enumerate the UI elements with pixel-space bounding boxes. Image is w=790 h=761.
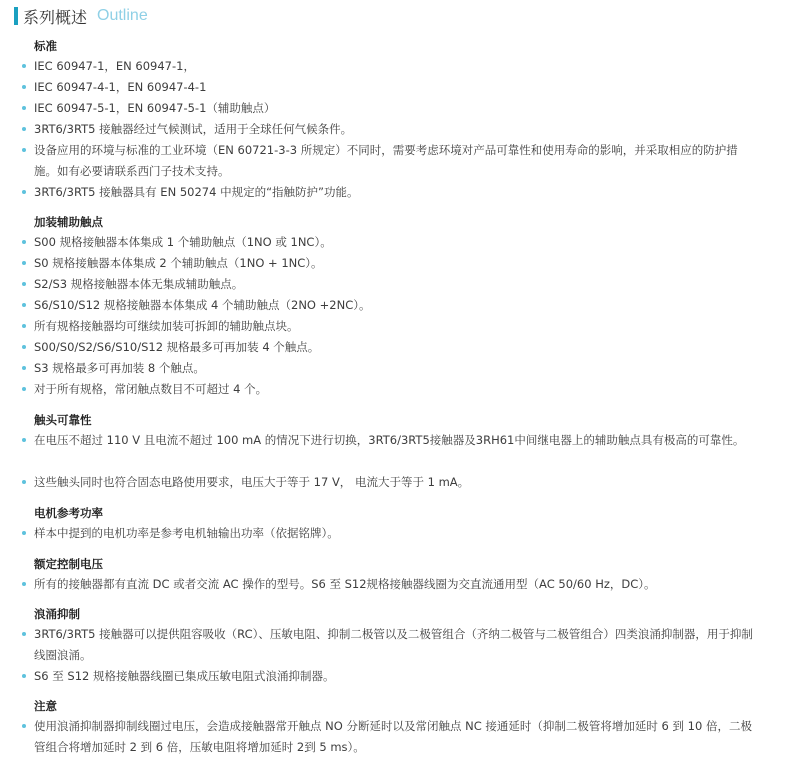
list-item: S00/S0/S2/S6/S10/S12 规格最多可再加装 4 个触点。 — [22, 337, 772, 358]
page-title: 系列概述 Outline — [14, 5, 148, 27]
bullet-icon — [22, 366, 26, 370]
list-item: 使用浪涌抑制器抑制线圈过电压，会造成接触器常开触点 NO 分断延时以及常闭触点 … — [22, 716, 772, 758]
title-english: Outline — [97, 7, 148, 25]
bullet-icon — [22, 261, 26, 265]
list-item: S00 规格接触器本体集成 1 个辅助触点（1NO 或 1NC）。 — [22, 232, 772, 253]
bullet-icon — [22, 64, 26, 68]
section-heading: 加装辅助触点 — [34, 214, 103, 230]
title-accent-bar — [14, 7, 18, 25]
section-heading: 标准 — [34, 38, 57, 54]
list-item: S3 规格最多可再加装 8 个触点。 — [22, 358, 772, 379]
list-item: 对于所有规格，常闭触点数目不可超过 4 个。 — [22, 379, 772, 400]
bullet-icon — [22, 106, 26, 110]
bullet-icon — [22, 438, 26, 442]
bullet-icon — [22, 582, 26, 586]
list-item: 3RT6/3RT5 接触器具有 EN 50274 中规定的“指触防护”功能。 — [22, 182, 772, 203]
bullet-icon — [22, 345, 26, 349]
list-item: 所有的接触器都有直流 DC 或者交流 AC 操作的型号。S6 至 S12规格接触… — [22, 574, 772, 595]
list-item: S6/S10/S12 规格接触器本体集成 4 个辅助触点（2NO +2NC）。 — [22, 295, 772, 316]
list-item: 3RT6/3RT5 接触器可以提供阻容吸收（RC）、压敏电阻、抑制二极管以及二极… — [22, 624, 772, 666]
bullet-icon — [22, 148, 26, 152]
section-heading: 注意 — [34, 698, 57, 714]
list-item: IEC 60947-5-1，EN 60947-5-1（辅助触点） — [22, 98, 772, 119]
list-item: 在电压不超过 110 V 且电流不超过 100 mA 的情况下进行切换，3RT6… — [22, 430, 772, 451]
list-item: 所有规格接触器均可继续加装可拆卸的辅助触点块。 — [22, 316, 772, 337]
bullet-icon — [22, 303, 26, 307]
bullet-icon — [22, 724, 26, 728]
bullet-icon — [22, 282, 26, 286]
bullet-icon — [22, 632, 26, 636]
list-item: IEC 60947-4-1，EN 60947-4-1 — [22, 77, 772, 98]
bullet-icon — [22, 480, 26, 484]
bullet-icon — [22, 85, 26, 89]
list-item: 设备应用的环境与标准的工业环境（EN 60721-3-3 所规定）不同时，需要考… — [22, 140, 772, 182]
list-item: 样本中提到的电机功率是参考电机轴输出功率（依据铭牌）。 — [22, 523, 772, 544]
bullet-icon — [22, 190, 26, 194]
bullet-icon — [22, 240, 26, 244]
section-heading: 触头可靠性 — [34, 412, 92, 428]
title-chinese: 系列概述 — [23, 5, 87, 28]
list-item: 3RT6/3RT5 接触器经过气候测试，适用于全球任何气候条件。 — [22, 119, 772, 140]
bullet-icon — [22, 531, 26, 535]
bullet-icon — [22, 127, 26, 131]
list-item: S2/S3 规格接触器本体无集成辅助触点。 — [22, 274, 772, 295]
section-heading: 额定控制电压 — [34, 556, 103, 572]
section-heading: 浪涌抑制 — [34, 606, 80, 622]
list-item: IEC 60947-1，EN 60947-1， — [22, 56, 772, 77]
list-item: 这些触头同时也符合固态电路使用要求，电压大于等于 17 V， 电流大于等于 1 … — [22, 472, 772, 493]
bullet-icon — [22, 674, 26, 678]
list-item: S0 规格接触器本体集成 2 个辅助触点（1NO + 1NC）。 — [22, 253, 772, 274]
list-item: S6 至 S12 规格接触器线圈已集成压敏电阻式浪涌抑制器。 — [22, 666, 772, 687]
bullet-icon — [22, 387, 26, 391]
section-heading: 电机参考功率 — [34, 505, 103, 521]
bullet-icon — [22, 324, 26, 328]
